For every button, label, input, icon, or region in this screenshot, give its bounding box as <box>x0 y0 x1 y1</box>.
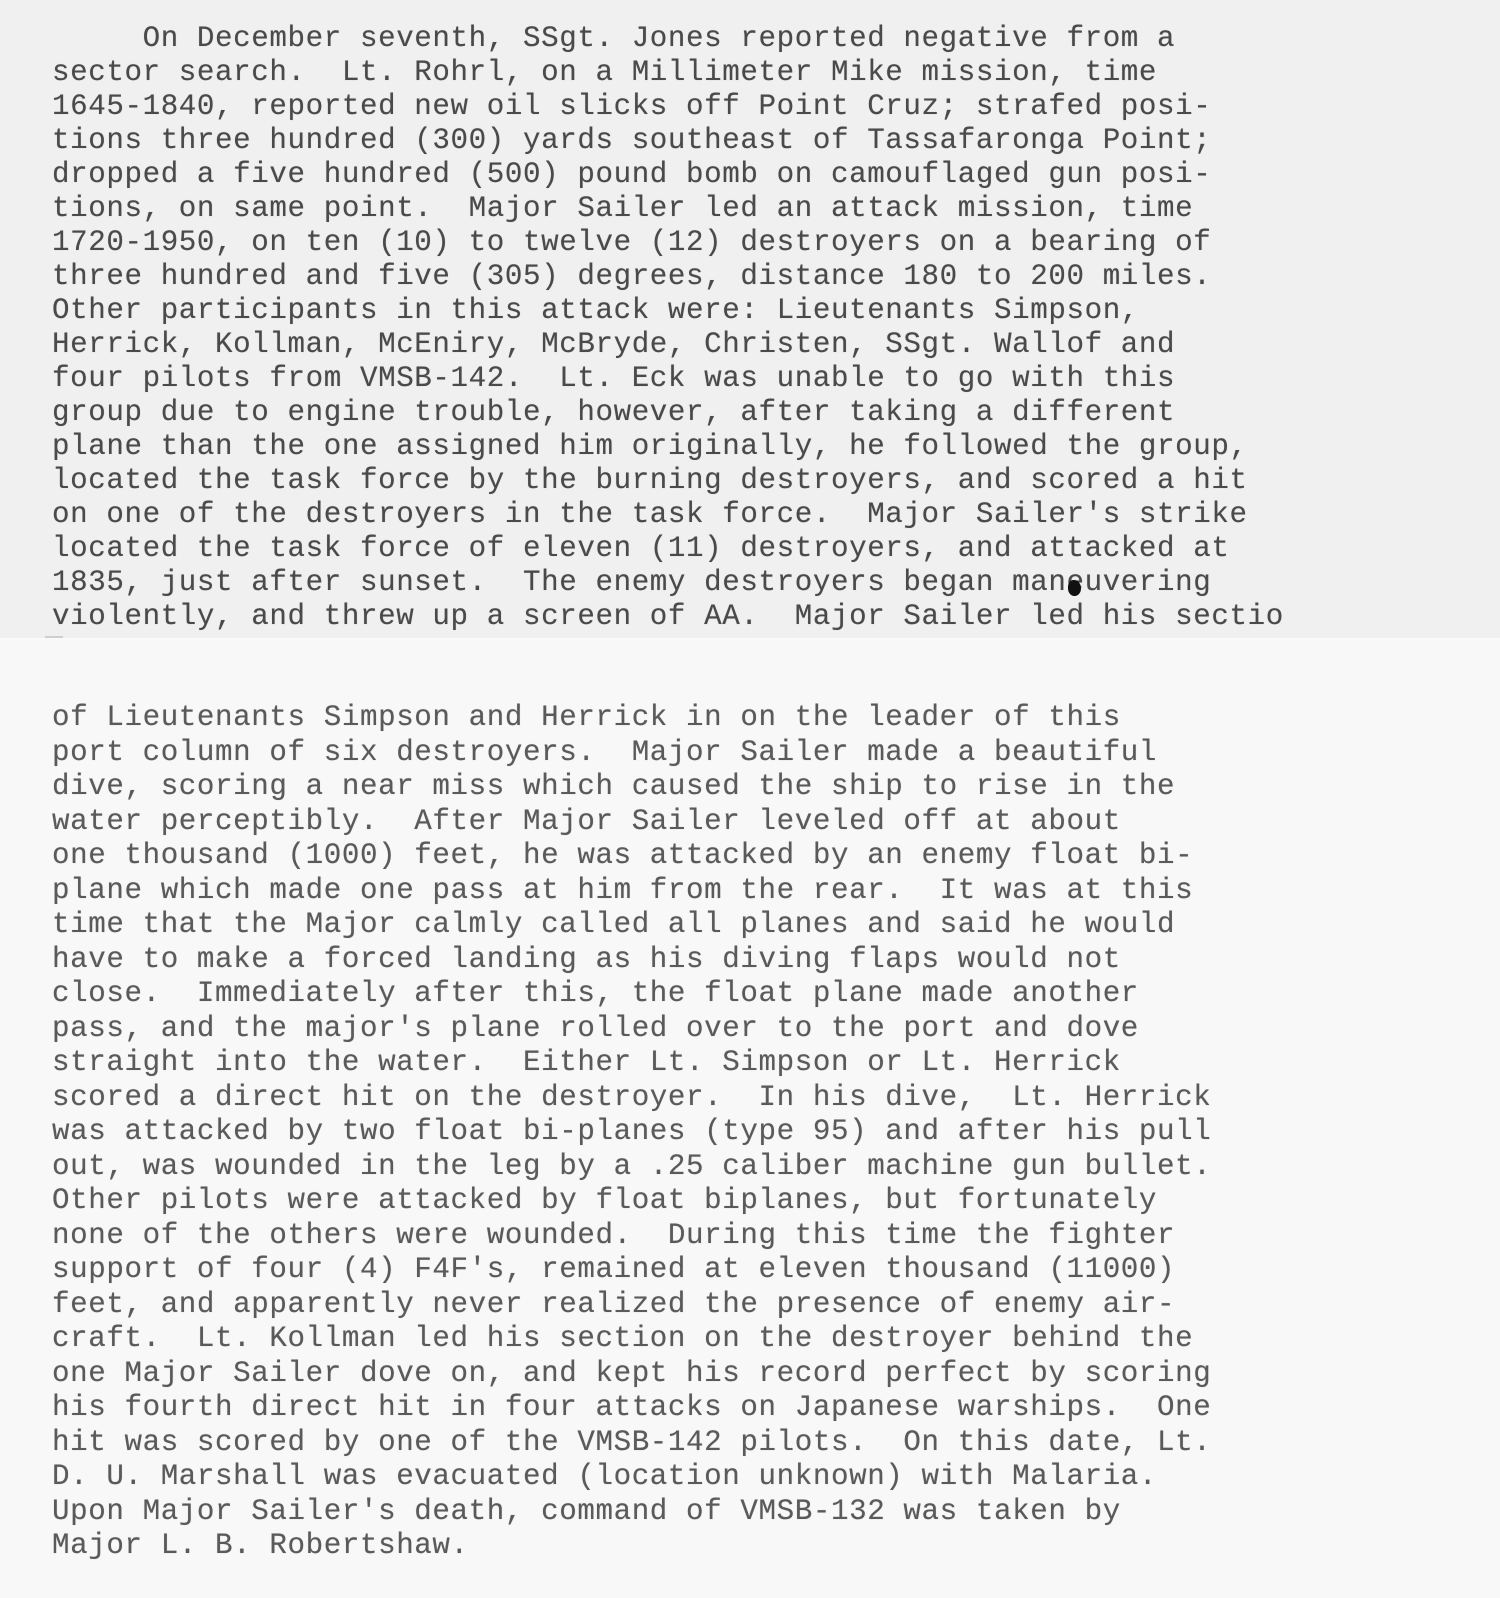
text-line: scored a direct hit on the destroyer. In… <box>52 1081 1500 1116</box>
text-line: plane than the one assigned him original… <box>52 430 1500 464</box>
text-line: none of the others were wounded. During … <box>52 1219 1500 1254</box>
text-line: water perceptibly. After Major Sailer le… <box>52 805 1500 840</box>
text-line: of Lieutenants Simpson and Herrick in on… <box>52 701 1500 736</box>
text-line: located the task force by the burning de… <box>52 464 1500 498</box>
text-line: hit was scored by one of the VMSB-142 pi… <box>52 1426 1500 1461</box>
text-line: feet, and apparently never realized the … <box>52 1288 1500 1323</box>
text-line: one Major Sailer dove on, and kept his r… <box>52 1357 1500 1392</box>
scan-artifact-mark <box>45 636 63 638</box>
text-line: tions three hundred (300) yards southeas… <box>52 124 1500 158</box>
text-line: his fourth direct hit in four attacks on… <box>52 1391 1500 1426</box>
text-line: out, was wounded in the leg by a .25 cal… <box>52 1150 1500 1185</box>
text-line: pass, and the major's plane rolled over … <box>52 1012 1500 1047</box>
text-line: tions, on same point. Major Sailer led a… <box>52 192 1500 226</box>
text-line: Other pilots were attacked by float bipl… <box>52 1184 1500 1219</box>
text-line: was attacked by two float bi-planes (typ… <box>52 1115 1500 1150</box>
text-line: sector search. Lt. Rohrl, on a Millimete… <box>52 56 1500 90</box>
text-line: Upon Major Sailer's death, command of VM… <box>52 1495 1500 1530</box>
text-line: straight into the water. Either Lt. Simp… <box>52 1046 1500 1081</box>
text-line: have to make a forced landing as his div… <box>52 943 1500 978</box>
text-line: support of four (4) F4F's, remained at e… <box>52 1253 1500 1288</box>
text-line: time that the Major calmly called all pl… <box>52 908 1500 943</box>
text-line: port column of six destroyers. Major Sai… <box>52 736 1500 771</box>
text-line: one thousand (1000) feet, he was attacke… <box>52 839 1500 874</box>
text-line: close. Immediately after this, the float… <box>52 977 1500 1012</box>
text-line: craft. Lt. Kollman led his section on th… <box>52 1322 1500 1357</box>
document-section-bottom: of Lieutenants Simpson and Herrick in on… <box>0 638 1500 1598</box>
text-line: 1835, just after sunset. The enemy destr… <box>52 566 1500 600</box>
text-line: three hundred and five (305) degrees, di… <box>52 260 1500 294</box>
ink-blot-mark <box>1068 580 1081 596</box>
text-line: plane which made one pass at him from th… <box>52 874 1500 909</box>
text-line: 1645-1840, reported new oil slicks off P… <box>52 90 1500 124</box>
text-line: violently, and threw up a screen of AA. … <box>52 600 1500 634</box>
text-line: dive, scoring a near miss which caused t… <box>52 770 1500 805</box>
text-line: four pilots from VMSB-142. Lt. Eck was u… <box>52 362 1500 396</box>
text-line: On December seventh, SSgt. Jones reporte… <box>52 22 1500 56</box>
document-section-top: On December seventh, SSgt. Jones reporte… <box>0 0 1500 638</box>
text-line: Other participants in this attack were: … <box>52 294 1500 328</box>
text-line: Major L. B. Robertshaw. <box>52 1529 1500 1564</box>
text-line: D. U. Marshall was evacuated (location u… <box>52 1460 1500 1495</box>
text-line: dropped a five hundred (500) pound bomb … <box>52 158 1500 192</box>
text-line: Herrick, Kollman, McEniry, McBryde, Chri… <box>52 328 1500 362</box>
text-line: on one of the destroyers in the task for… <box>52 498 1500 532</box>
text-line: located the task force of eleven (11) de… <box>52 532 1500 566</box>
text-line: group due to engine trouble, however, af… <box>52 396 1500 430</box>
text-line: 1720-1950, on ten (10) to twelve (12) de… <box>52 226 1500 260</box>
